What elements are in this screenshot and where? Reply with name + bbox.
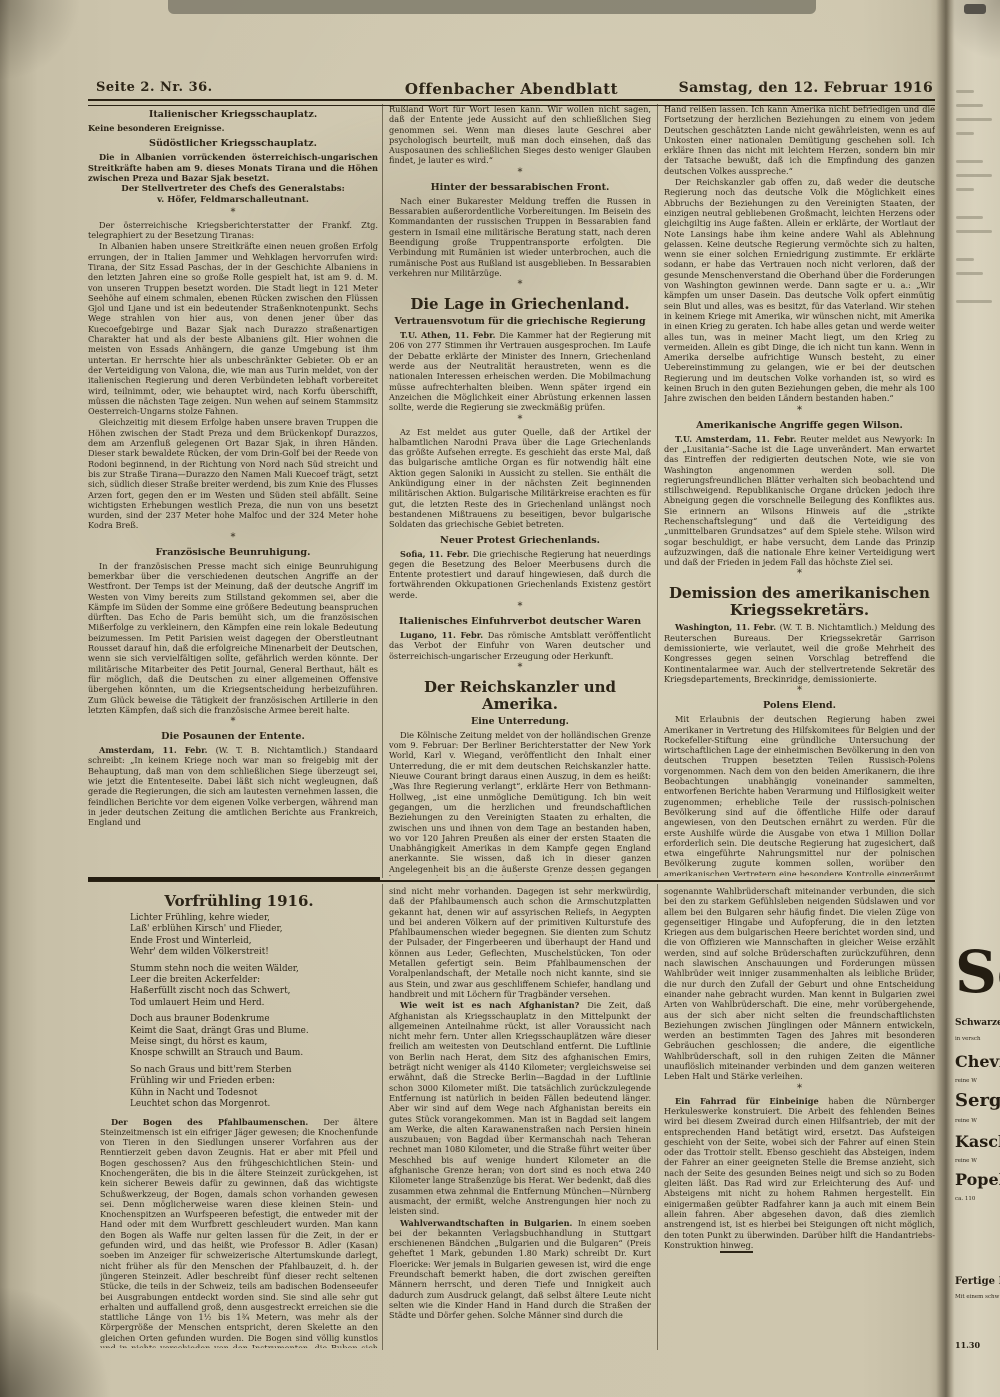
- column-middle: Rußland Wort für Wort lesen kann. Wir wo…: [389, 104, 651, 876]
- paragraph-lead: Ein Fahrrad für Einbeinige: [675, 1096, 828, 1106]
- separator-star: *: [88, 209, 378, 217]
- article-heading: Polens Elend.: [664, 700, 935, 712]
- official-communique: Die in Albanien vorrückenden österreichi…: [88, 152, 378, 183]
- cutoff-text-line: [956, 132, 974, 135]
- article-title: Die Lage in Griechenland.: [389, 296, 651, 313]
- paragraph-lead: Wahlverwandtschaften in Bulgarien.: [400, 1218, 578, 1228]
- ad-fragment: Serge: [955, 1090, 1000, 1111]
- cutoff-text-line: [956, 258, 974, 261]
- feuilleton-column-middle: sind nicht mehr vorhanden. Dagegen ist s…: [389, 886, 651, 1348]
- article-paragraph: Die Kölnische Zeitung meldet von der hol…: [389, 730, 651, 876]
- scanner-background: [168, 0, 816, 14]
- poem-stanza: So nach Graus und bitt'rem SterbenFrühli…: [130, 1065, 378, 1111]
- poem-line: Leer die breiten Ackerfelder:: [130, 975, 378, 986]
- ad-fragment: ca. 110: [955, 1196, 975, 1202]
- separator-star: *: [389, 281, 651, 289]
- article-paragraph: Az Est meldet aus guter Quelle, daß der …: [389, 427, 651, 530]
- article-title: Der Reichskanzler und Amerika.: [389, 679, 651, 713]
- cutoff-text-line: [956, 118, 992, 121]
- issue-date: Samstag, den 12. Februar 1916: [679, 80, 933, 96]
- ad-fragment: Mit einem schw: [955, 1294, 999, 1300]
- column-left: Italienischer Kriegsschauplatz.Keine bes…: [88, 104, 378, 876]
- cutoff-text-line: [956, 230, 992, 233]
- ad-fragment: in versch: [955, 1036, 981, 1042]
- adjacent-page-strip: SchSchwarzein verschCheviotreine WSerger…: [952, 0, 1000, 1397]
- column-right: Hand reißen lassen. Ich kann Amerika nic…: [664, 104, 935, 876]
- article-paragraph: Hand reißen lassen. Ich kann Amerika nic…: [664, 104, 935, 176]
- poem-line: Ende Frost und Winterleid,: [130, 936, 378, 947]
- separator-star: *: [389, 664, 651, 672]
- poem-line: Haßerfüllt zischt noch das Schwert,: [130, 986, 378, 997]
- article-paragraph: Der Reichskanzler gab offen zu, daß wede…: [664, 177, 935, 404]
- paragraph-lead: Wie weit ist es nach Afghanistan?: [400, 1000, 587, 1010]
- separator-star: *: [664, 1085, 935, 1093]
- poem: Lichter Frühling, kehre wieder,Laß' erbl…: [130, 913, 378, 1111]
- ad-fragment: Schwarze: [955, 1018, 1000, 1028]
- article-paragraph: Nach einer Bukarester Meldung treffen di…: [389, 196, 651, 278]
- separator-star: *: [389, 416, 651, 424]
- poem-stanza: Doch aus brauner BodenkrumeKeimt die Saa…: [130, 1014, 378, 1060]
- poem-line: Stumm stehn noch die weiten Wälder,: [130, 964, 378, 975]
- article-paragraph: Gleichzeitig mit diesem Erfolge haben un…: [88, 417, 378, 530]
- poem-line: Doch aus brauner Bodenkrume: [130, 1014, 378, 1025]
- article-heading: Südöstlicher Kriegsschauplatz.: [88, 138, 378, 150]
- column-rule: [657, 884, 658, 1350]
- ad-fragment: Cheviot: [955, 1052, 1000, 1071]
- article-paragraph: Lugano, 11. Febr. Das römische Amtsblatt…: [389, 630, 651, 661]
- cutoff-text-line: [956, 272, 983, 275]
- article-paragraph: Washington, 11. Febr. (W. T. B. Nichtamt…: [664, 622, 935, 684]
- poem-line: Wehr' dem wilden Völkerstreit!: [130, 947, 378, 958]
- cutoff-text-line: [956, 188, 974, 191]
- ad-fragment: reine W: [955, 1078, 977, 1084]
- article-paragraph: Mit Erlaubnis der deutschen Regierung ha…: [664, 714, 935, 876]
- article-heading: Hinter der bessarabischen Front.: [389, 182, 651, 194]
- poem-line: Leuchtet schon das Morgenrot.: [130, 1099, 378, 1110]
- column-rule: [382, 104, 383, 878]
- ad-fragment: 11.30: [955, 1340, 980, 1350]
- article-paragraph: Wahlverwandtschaften in Bulgarien. In ei…: [389, 1218, 651, 1321]
- article-paragraph: Ein Fahrrad für Einbeinige haben die Nür…: [664, 1096, 935, 1250]
- article-heading: Amerikanische Angriffe gegen Wilson.: [664, 420, 935, 432]
- signature-line: v. Höfer, Feldmarschalleutnant.: [88, 195, 378, 206]
- article-heading: Italienischer Kriegsschauplatz.: [88, 109, 378, 121]
- separator-star: *: [389, 169, 651, 177]
- article-paragraph: Der österreichische Kriegsberichterstatt…: [88, 220, 378, 241]
- poem-line: Meise singt, du hörst es kaum,: [130, 1037, 378, 1048]
- article-paragraph: Rußland Wort für Wort lesen kann. Wir wo…: [389, 104, 651, 166]
- section-divider-heavy: [88, 877, 380, 881]
- article-subheading: Vertrauensvotum für die griechische Regi…: [389, 316, 651, 327]
- signature-line: Der Stellvertreter des Chefs des General…: [88, 184, 378, 195]
- cutoff-text-line: [956, 216, 983, 219]
- article-paragraph: T.U. Amsterdam, 11. Febr. Reuter meldet …: [664, 434, 935, 568]
- underlined-word: hinweg.: [720, 1240, 753, 1253]
- poem-line: Keimt die Saat, drängt Gras und Blume.: [130, 1026, 378, 1037]
- ad-fragment: reine W: [955, 1118, 977, 1124]
- feuilleton-column-left: Vorfrühling 1916.Lichter Frühling, kehre…: [100, 886, 378, 1348]
- poem-line: Frühling wir und Frieden erben:: [130, 1076, 378, 1087]
- paragraph-lead: Sofia, 11. Febr.: [400, 549, 473, 559]
- poem-stanza: Stumm stehn noch die weiten Wälder,Leer …: [130, 964, 378, 1010]
- article-lead-line: Keine besonderen Ereignisse.: [88, 123, 378, 133]
- cutoff-text-line: [956, 90, 974, 93]
- article-paragraph: Wie weit ist es nach Afghanistan? Die Ze…: [389, 1000, 651, 1216]
- article-heading: Französische Beunruhigung.: [88, 547, 378, 559]
- separator-star: *: [664, 687, 935, 695]
- article-paragraph: Amsterdam, 11. Febr. (W. T. B. Nichtamtl…: [88, 745, 378, 827]
- article-heading: Italienisches Einfuhrverbot deutscher Wa…: [389, 616, 651, 628]
- separator-star: *: [389, 603, 651, 611]
- separator-star: *: [664, 407, 935, 415]
- ad-fragment: Kaschm: [955, 1132, 1000, 1151]
- article-paragraph: sind nicht mehr vorhanden. Dagegen ist s…: [389, 886, 651, 999]
- article-paragraph: Sofia, 11. Febr. Die griechische Regieru…: [389, 549, 651, 600]
- article-paragraph: Der Bogen des Pfahlbaumenschen. Der älte…: [100, 1117, 378, 1349]
- article-heading: Die Posaunen der Entente.: [88, 731, 378, 743]
- poem-line: Tod umlauert Heim und Herd.: [130, 998, 378, 1009]
- paragraph-lead: Der Bogen des Pfahlbaumenschen.: [111, 1117, 323, 1127]
- separator-star: *: [88, 534, 378, 542]
- article-subheading: Eine Unterredung.: [389, 716, 651, 727]
- ad-fragment: reine W: [955, 1158, 977, 1164]
- poem-line: So nach Graus und bitt'rem Sterben: [130, 1065, 378, 1076]
- article-paragraph: In Albanien haben unsere Streitkräfte ei…: [88, 241, 378, 416]
- signature-block: Der Stellvertreter des Chefs des General…: [88, 184, 378, 206]
- poem-line: Laß' erblühen Kirsch' und Flieder,: [130, 924, 378, 935]
- page-header: Seite 2. Nr. 36. Offenbacher Abendblatt …: [88, 80, 935, 98]
- paragraph-lead: Lugano, 11. Febr.: [400, 630, 488, 640]
- paragraph-lead: Washington, 11. Febr.: [675, 622, 780, 632]
- poem-line: Knospe schwillt an Strauch und Baum.: [130, 1048, 378, 1059]
- paragraph-lead: T.U. Amsterdam, 11. Febr.: [675, 434, 800, 444]
- article-paragraph: In der französischen Presse macht sich e…: [88, 561, 378, 715]
- poem-line: Kühn in Nacht und Todesnot: [130, 1088, 378, 1099]
- cutoff-text-line: [956, 300, 992, 303]
- paragraph-lead: Amsterdam, 11. Febr.: [99, 745, 216, 755]
- column-rule: [657, 104, 658, 878]
- feuilleton-column-right: sogenannte Wahlbrüderschaft miteinander …: [664, 886, 935, 1348]
- page-fold-shadow: [936, 0, 954, 1397]
- cutoff-text-line: [956, 104, 983, 107]
- article-title: Vorfrühling 1916.: [100, 893, 378, 910]
- cutoff-text-line: [956, 174, 992, 177]
- column-rule: [382, 884, 383, 1350]
- poem-stanza: Lichter Frühling, kehre wieder,Laß' erbl…: [130, 913, 378, 959]
- ad-fragment: Fertige K: [955, 1276, 1000, 1287]
- newspaper-page: Seite 2. Nr. 36. Offenbacher Abendblatt …: [0, 0, 1000, 1397]
- separator-star: *: [664, 570, 935, 578]
- ad-fragment: Sch: [955, 938, 1000, 1006]
- separator-star: *: [88, 718, 378, 726]
- article-paragraph: sogenannte Wahlbrüderschaft miteinander …: [664, 886, 935, 1082]
- cutoff-text-line: [956, 160, 983, 163]
- article-heading: Neuer Protest Griechenlands.: [389, 535, 651, 547]
- paragraph-lead: T.U. Athen, 11. Febr.: [400, 330, 499, 340]
- poem-line: Lichter Frühling, kehre wieder,: [130, 913, 378, 924]
- article-paragraph: T.U. Athen, 11. Febr. Die Kammer hat der…: [389, 330, 651, 412]
- article-title: Demission des amerikanischen Kriegssekre…: [664, 585, 935, 619]
- ad-fragment: Popelin: [955, 1170, 1000, 1189]
